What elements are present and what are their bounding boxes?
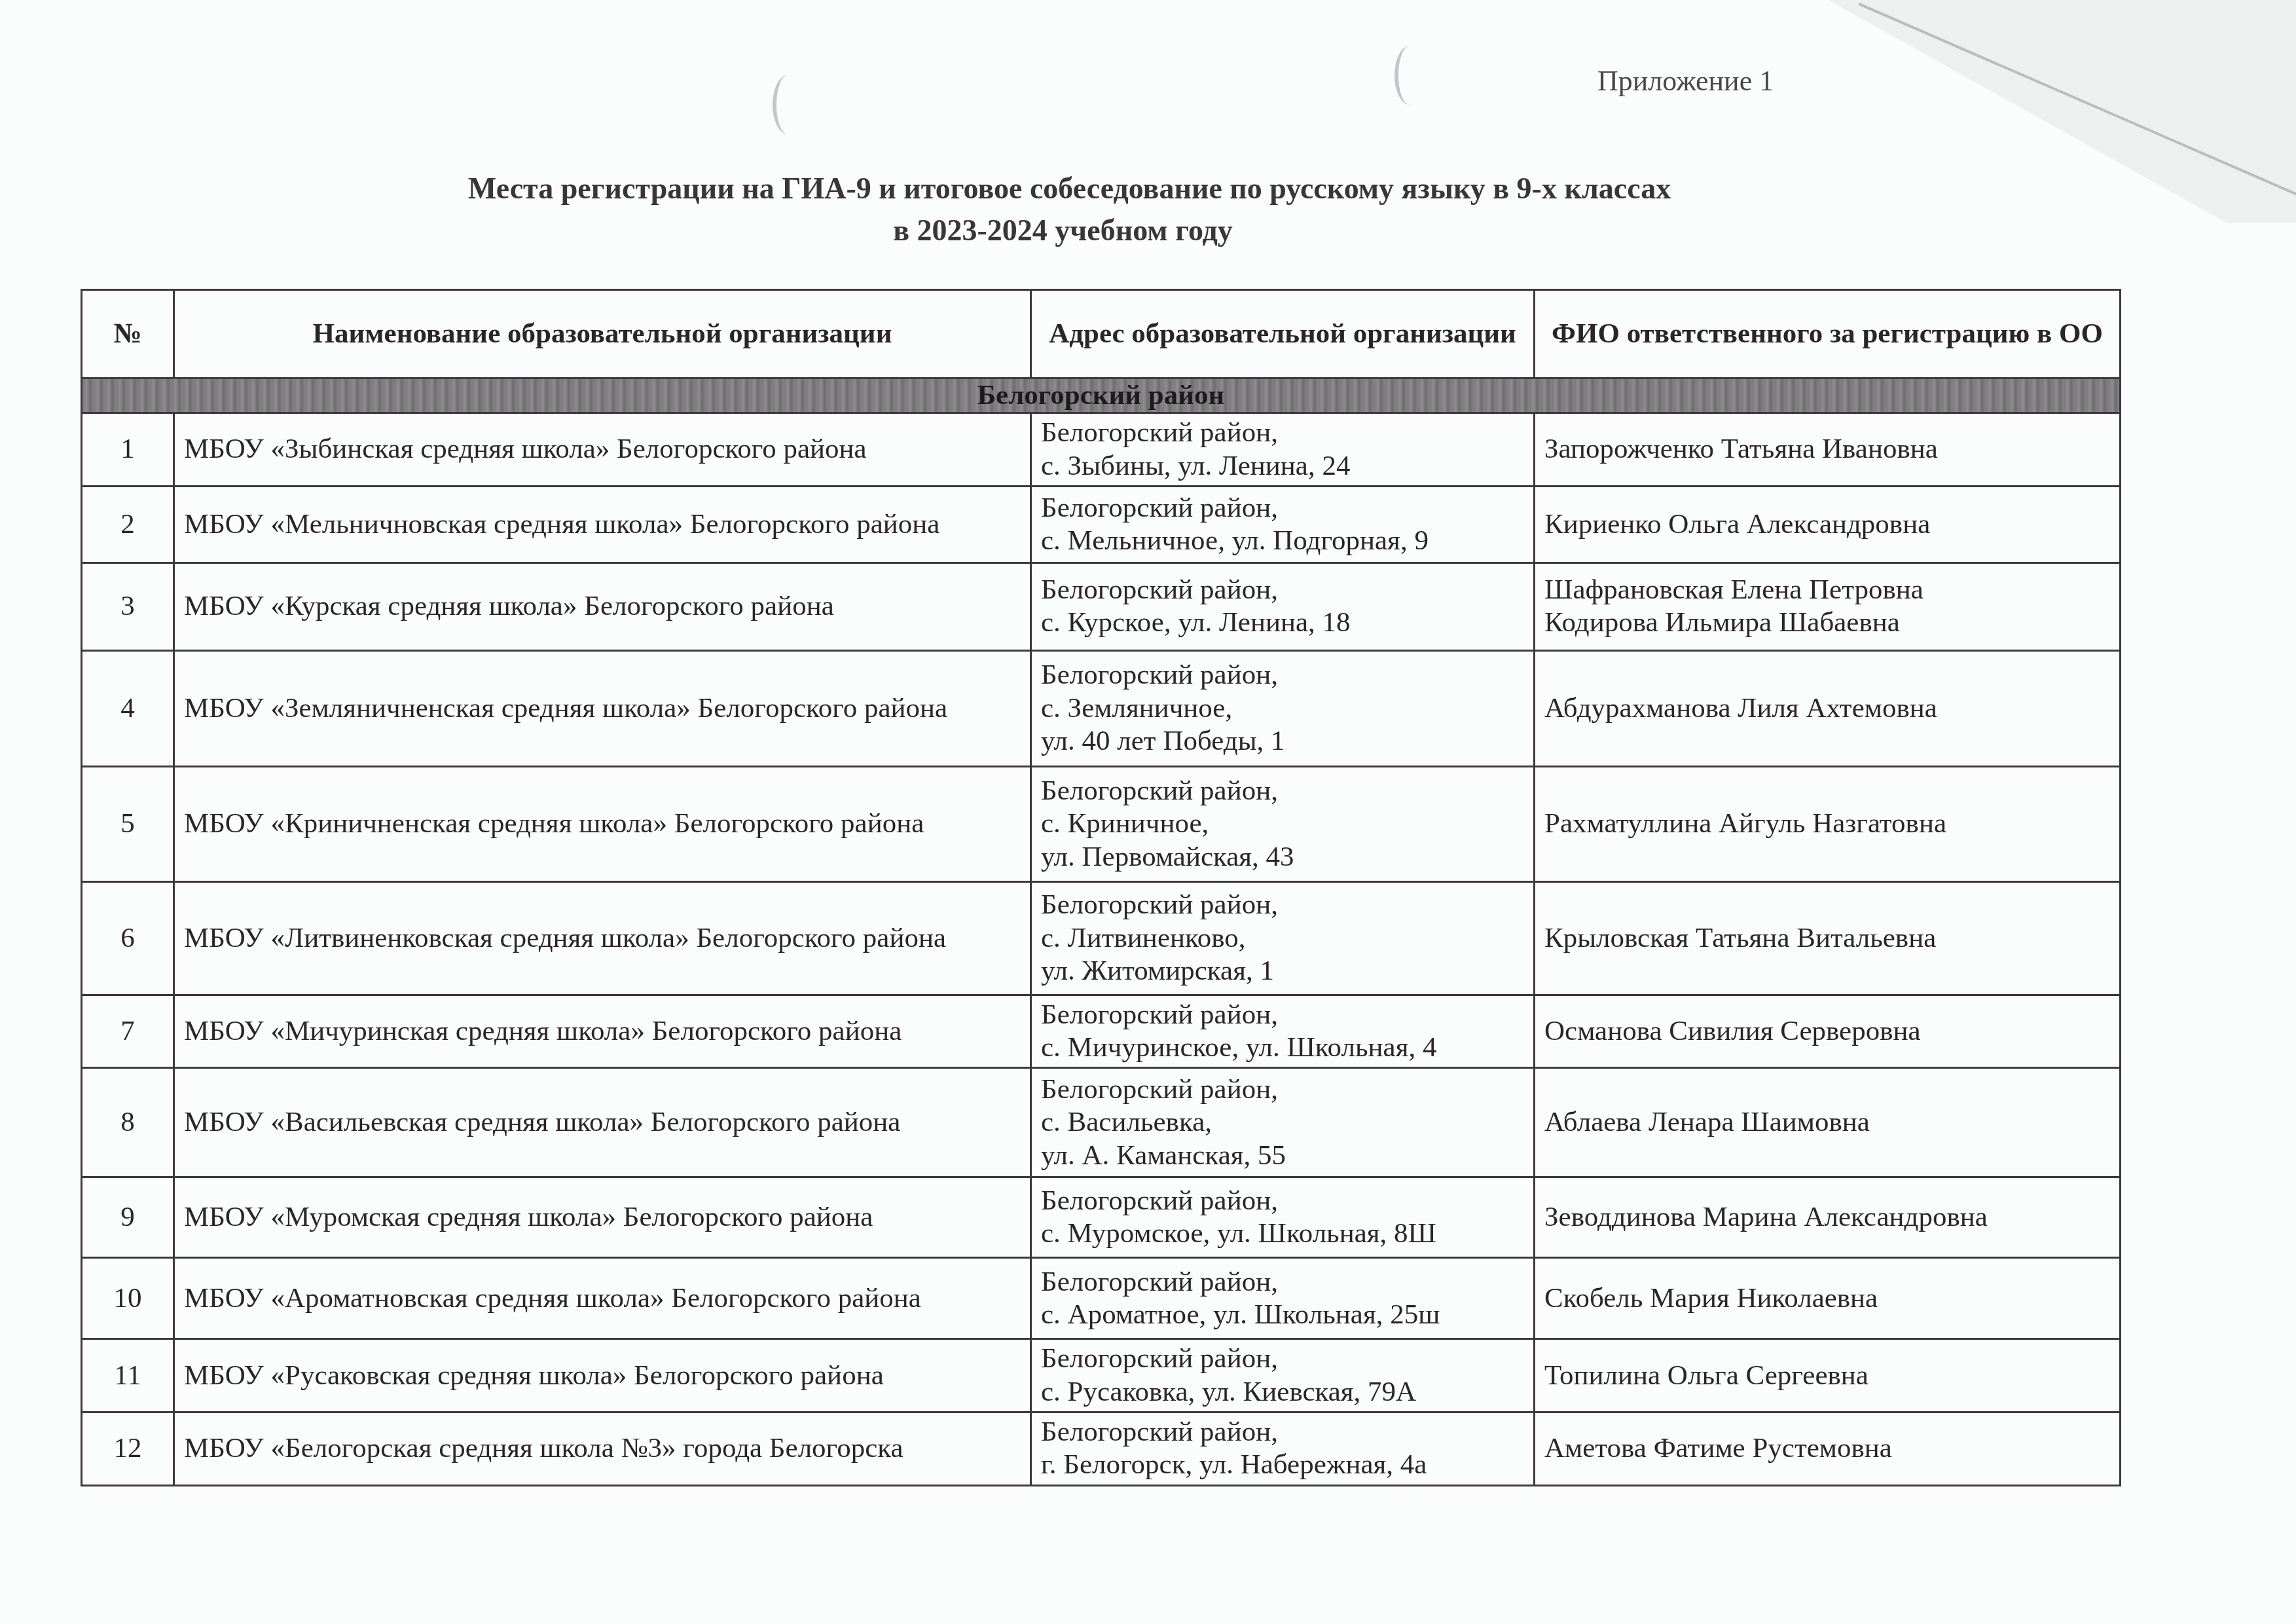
address-line: Белогорский район,	[1041, 889, 1524, 921]
table-row: 5МБОУ «Криничненская средняя школа» Бело…	[82, 766, 2121, 881]
address-line: с. Мичуринское, ул. Школьная, 4	[1041, 1031, 1524, 1064]
address-line: Белогорский район,	[1041, 1185, 1524, 1217]
responsible-person: Аблаева Ленара Шаимовна	[1535, 1068, 2121, 1177]
row-number: 9	[82, 1177, 174, 1258]
address-line: Белогорский район,	[1041, 492, 1524, 525]
responsible-name: Аметова Фатиме Рустемовна	[1544, 1432, 2110, 1465]
responsible-person: Топилина Ольга Сергеевна	[1535, 1339, 2121, 1412]
address-line: Белогорский район,	[1041, 775, 1524, 807]
school-address: Белогорский район,с. Русаковка, ул. Киев…	[1031, 1339, 1535, 1412]
school-name: МБОУ «Васильевская средняя школа» Белого…	[174, 1068, 1031, 1177]
responsible-name: Кодирова Ильмира Шабаевна	[1544, 606, 2110, 639]
header-responsible: ФИО ответственного за регистрацию в ОО	[1535, 290, 2121, 378]
table-row: 1МБОУ «Зыбинская средняя школа» Белогорс…	[82, 413, 2121, 487]
responsible-person: Османова Сивилия Серверовна	[1535, 995, 2121, 1068]
responsible-name: Зеводдинова Марина Александровна	[1544, 1201, 2110, 1234]
appendix-label: Приложение 1	[1597, 64, 1774, 98]
row-number: 5	[82, 766, 174, 881]
school-name: МБОУ «Зыбинская средняя школа» Белогорск…	[174, 413, 1031, 487]
table-row: 11МБОУ «Русаковская средняя школа» Белог…	[82, 1339, 2121, 1412]
registration-table: № Наименование образовательной организац…	[81, 289, 2121, 1486]
table-row: 6МБОУ «Литвиненковская средняя школа» Бе…	[82, 881, 2121, 995]
row-number: 6	[82, 881, 174, 995]
school-name: МБОУ «Мичуринская средняя школа» Белогор…	[174, 995, 1031, 1068]
responsible-person: Скобель Мария Николаевна	[1535, 1258, 2121, 1339]
district-row: Белогорский район	[82, 378, 2121, 413]
school-name: МБОУ «Муромская средняя школа» Белогорск…	[174, 1177, 1031, 1258]
school-address: Белогорский район,с. Ароматное, ул. Школ…	[1031, 1258, 1535, 1339]
document-subtitle: в 2023-2024 учебном году	[0, 211, 2211, 250]
address-line: с. Ароматное, ул. Школьная, 25ш	[1041, 1299, 1524, 1331]
header-number: №	[82, 290, 174, 378]
address-line: с. Мельничное, ул. Подгорная, 9	[1041, 525, 1524, 557]
address-line: г. Белогорск, ул. Набережная, 4а	[1041, 1449, 1524, 1481]
school-address: Белогорский район,г. Белогорск, ул. Набе…	[1031, 1412, 1535, 1486]
address-line: с. Зыбины, ул. Ленина, 24	[1041, 450, 1524, 483]
address-line: Белогорский район,	[1041, 416, 1524, 449]
school-name: МБОУ «Ароматновская средняя школа» Белог…	[174, 1258, 1031, 1339]
responsible-person: Шафрановская Елена ПетровнаКодирова Ильм…	[1535, 563, 2121, 650]
responsible-name: Рахматуллина Айгуль Назгатовна	[1544, 807, 2110, 840]
scanned-page: Приложение 1 Места регистрации на ГИА-9 …	[0, 0, 2296, 1624]
responsible-name: Аблаева Ленара Шаимовна	[1544, 1106, 2110, 1139]
school-name: МБОУ «Курская средняя школа» Белогорског…	[174, 563, 1031, 650]
address-line: с. Муромское, ул. Школьная, 8Ш	[1041, 1217, 1524, 1250]
school-name: МБОУ «Белогорская средняя школа №3» горо…	[174, 1412, 1031, 1486]
responsible-name: Шафрановская Елена Петровна	[1544, 574, 2110, 606]
table-row: 4МБОУ «Земляничненская средняя школа» Бе…	[82, 650, 2121, 766]
address-line: с. Курское, ул. Ленина, 18	[1041, 606, 1524, 639]
address-line: с. Русаковка, ул. Киевская, 79А	[1041, 1376, 1524, 1409]
address-line: с. Васильевка,	[1041, 1106, 1524, 1139]
table-row: 7МБОУ «Мичуринская средняя школа» Белого…	[82, 995, 2121, 1068]
responsible-person: Рахматуллина Айгуль Назгатовна	[1535, 766, 2121, 881]
school-address: Белогорский район,с. Криничное,ул. Перво…	[1031, 766, 1535, 881]
row-number: 11	[82, 1339, 174, 1412]
responsible-person: Запорожченко Татьяна Ивановна	[1535, 413, 2121, 487]
school-address: Белогорский район,с. Муромское, ул. Школ…	[1031, 1177, 1535, 1258]
school-address: Белогорский район,с. Мичуринское, ул. Шк…	[1031, 995, 1535, 1068]
table-header-row: № Наименование образовательной организац…	[82, 290, 2121, 378]
table-row: 9МБОУ «Муромская средняя школа» Белогорс…	[82, 1177, 2121, 1258]
row-number: 2	[82, 486, 174, 563]
responsible-name: Скобель Мария Николаевна	[1544, 1282, 2110, 1315]
address-line: Белогорский район,	[1041, 1416, 1524, 1449]
punch-hole-shadow	[1394, 46, 1425, 105]
school-address: Белогорский район,с. Васильевка,ул. А. К…	[1031, 1068, 1535, 1177]
row-number: 8	[82, 1068, 174, 1177]
school-name: МБОУ «Русаковская средняя школа» Белогор…	[174, 1339, 1031, 1412]
header-name: Наименование образовательной организации	[174, 290, 1031, 378]
school-name: МБОУ «Мельничновская средняя школа» Бело…	[174, 486, 1031, 563]
address-line: Белогорский район,	[1041, 1266, 1524, 1299]
responsible-name: Османова Сивилия Серверовна	[1544, 1015, 2110, 1048]
document-title: Места регистрации на ГИА-9 и итоговое со…	[0, 169, 2217, 208]
table-row: 3МБОУ «Курская средняя школа» Белогорско…	[82, 563, 2121, 650]
responsible-name: Абдурахманова Лиля Ахтемовна	[1544, 692, 2110, 725]
responsible-name: Крыловская Татьяна Витальевна	[1544, 922, 2110, 955]
responsible-person: Крыловская Татьяна Витальевна	[1535, 881, 2121, 995]
address-line: Белогорский район,	[1041, 1342, 1524, 1375]
district-name: Белогорский район	[82, 378, 2121, 413]
address-line: с. Земляничное,	[1041, 692, 1524, 725]
school-address: Белогорский район,с. Литвиненково,ул. Жи…	[1031, 881, 1535, 995]
school-address: Белогорский район,с. Курское, ул. Ленина…	[1031, 563, 1535, 650]
address-line: ул. 40 лет Победы, 1	[1041, 725, 1524, 758]
table-row: 10МБОУ «Ароматновская средняя школа» Бел…	[82, 1258, 2121, 1339]
address-line: с. Литвиненково,	[1041, 922, 1524, 955]
table-row: 12МБОУ «Белогорская средняя школа №3» го…	[82, 1412, 2121, 1486]
responsible-person: Аметова Фатиме Рустемовна	[1535, 1412, 2121, 1486]
responsible-person: Зеводдинова Марина Александровна	[1535, 1177, 2121, 1258]
table-row: 2МБОУ «Мельничновская средняя школа» Бел…	[82, 486, 2121, 563]
school-name: МБОУ «Криничненская средняя школа» Белог…	[174, 766, 1031, 881]
responsible-name: Запорожченко Татьяна Ивановна	[1544, 433, 2110, 466]
row-number: 7	[82, 995, 174, 1068]
address-line: ул. Первомайская, 43	[1041, 841, 1524, 874]
school-name: МБОУ «Литвиненковская средняя школа» Бел…	[174, 881, 1031, 995]
punch-hole-shadow	[773, 75, 803, 134]
header-address: Адрес образовательной организации	[1031, 290, 1535, 378]
row-number: 3	[82, 563, 174, 650]
responsible-person: Абдурахманова Лиля Ахтемовна	[1535, 650, 2121, 766]
responsible-name: Кириенко Ольга Александровна	[1544, 508, 2110, 541]
row-number: 12	[82, 1412, 174, 1486]
address-line: Белогорский район,	[1041, 574, 1524, 606]
responsible-person: Кириенко Ольга Александровна	[1535, 486, 2121, 563]
school-address: Белогорский район,с. Земляничное,ул. 40 …	[1031, 650, 1535, 766]
row-number: 4	[82, 650, 174, 766]
address-line: Белогорский район,	[1041, 1073, 1524, 1106]
address-line: ул. А. Каманская, 55	[1041, 1139, 1524, 1172]
address-line: Белогорский район,	[1041, 999, 1524, 1031]
school-name: МБОУ «Земляничненская средняя школа» Бел…	[174, 650, 1031, 766]
row-number: 1	[82, 413, 174, 487]
responsible-name: Топилина Ольга Сергеевна	[1544, 1359, 2110, 1392]
row-number: 10	[82, 1258, 174, 1339]
table-row: 8МБОУ «Васильевская средняя школа» Белог…	[82, 1068, 2121, 1177]
school-address: Белогорский район,с. Зыбины, ул. Ленина,…	[1031, 413, 1535, 487]
school-address: Белогорский район,с. Мельничное, ул. Под…	[1031, 486, 1535, 563]
address-line: ул. Житомирская, 1	[1041, 955, 1524, 987]
address-line: с. Криничное,	[1041, 807, 1524, 840]
address-line: Белогорский район,	[1041, 659, 1524, 692]
